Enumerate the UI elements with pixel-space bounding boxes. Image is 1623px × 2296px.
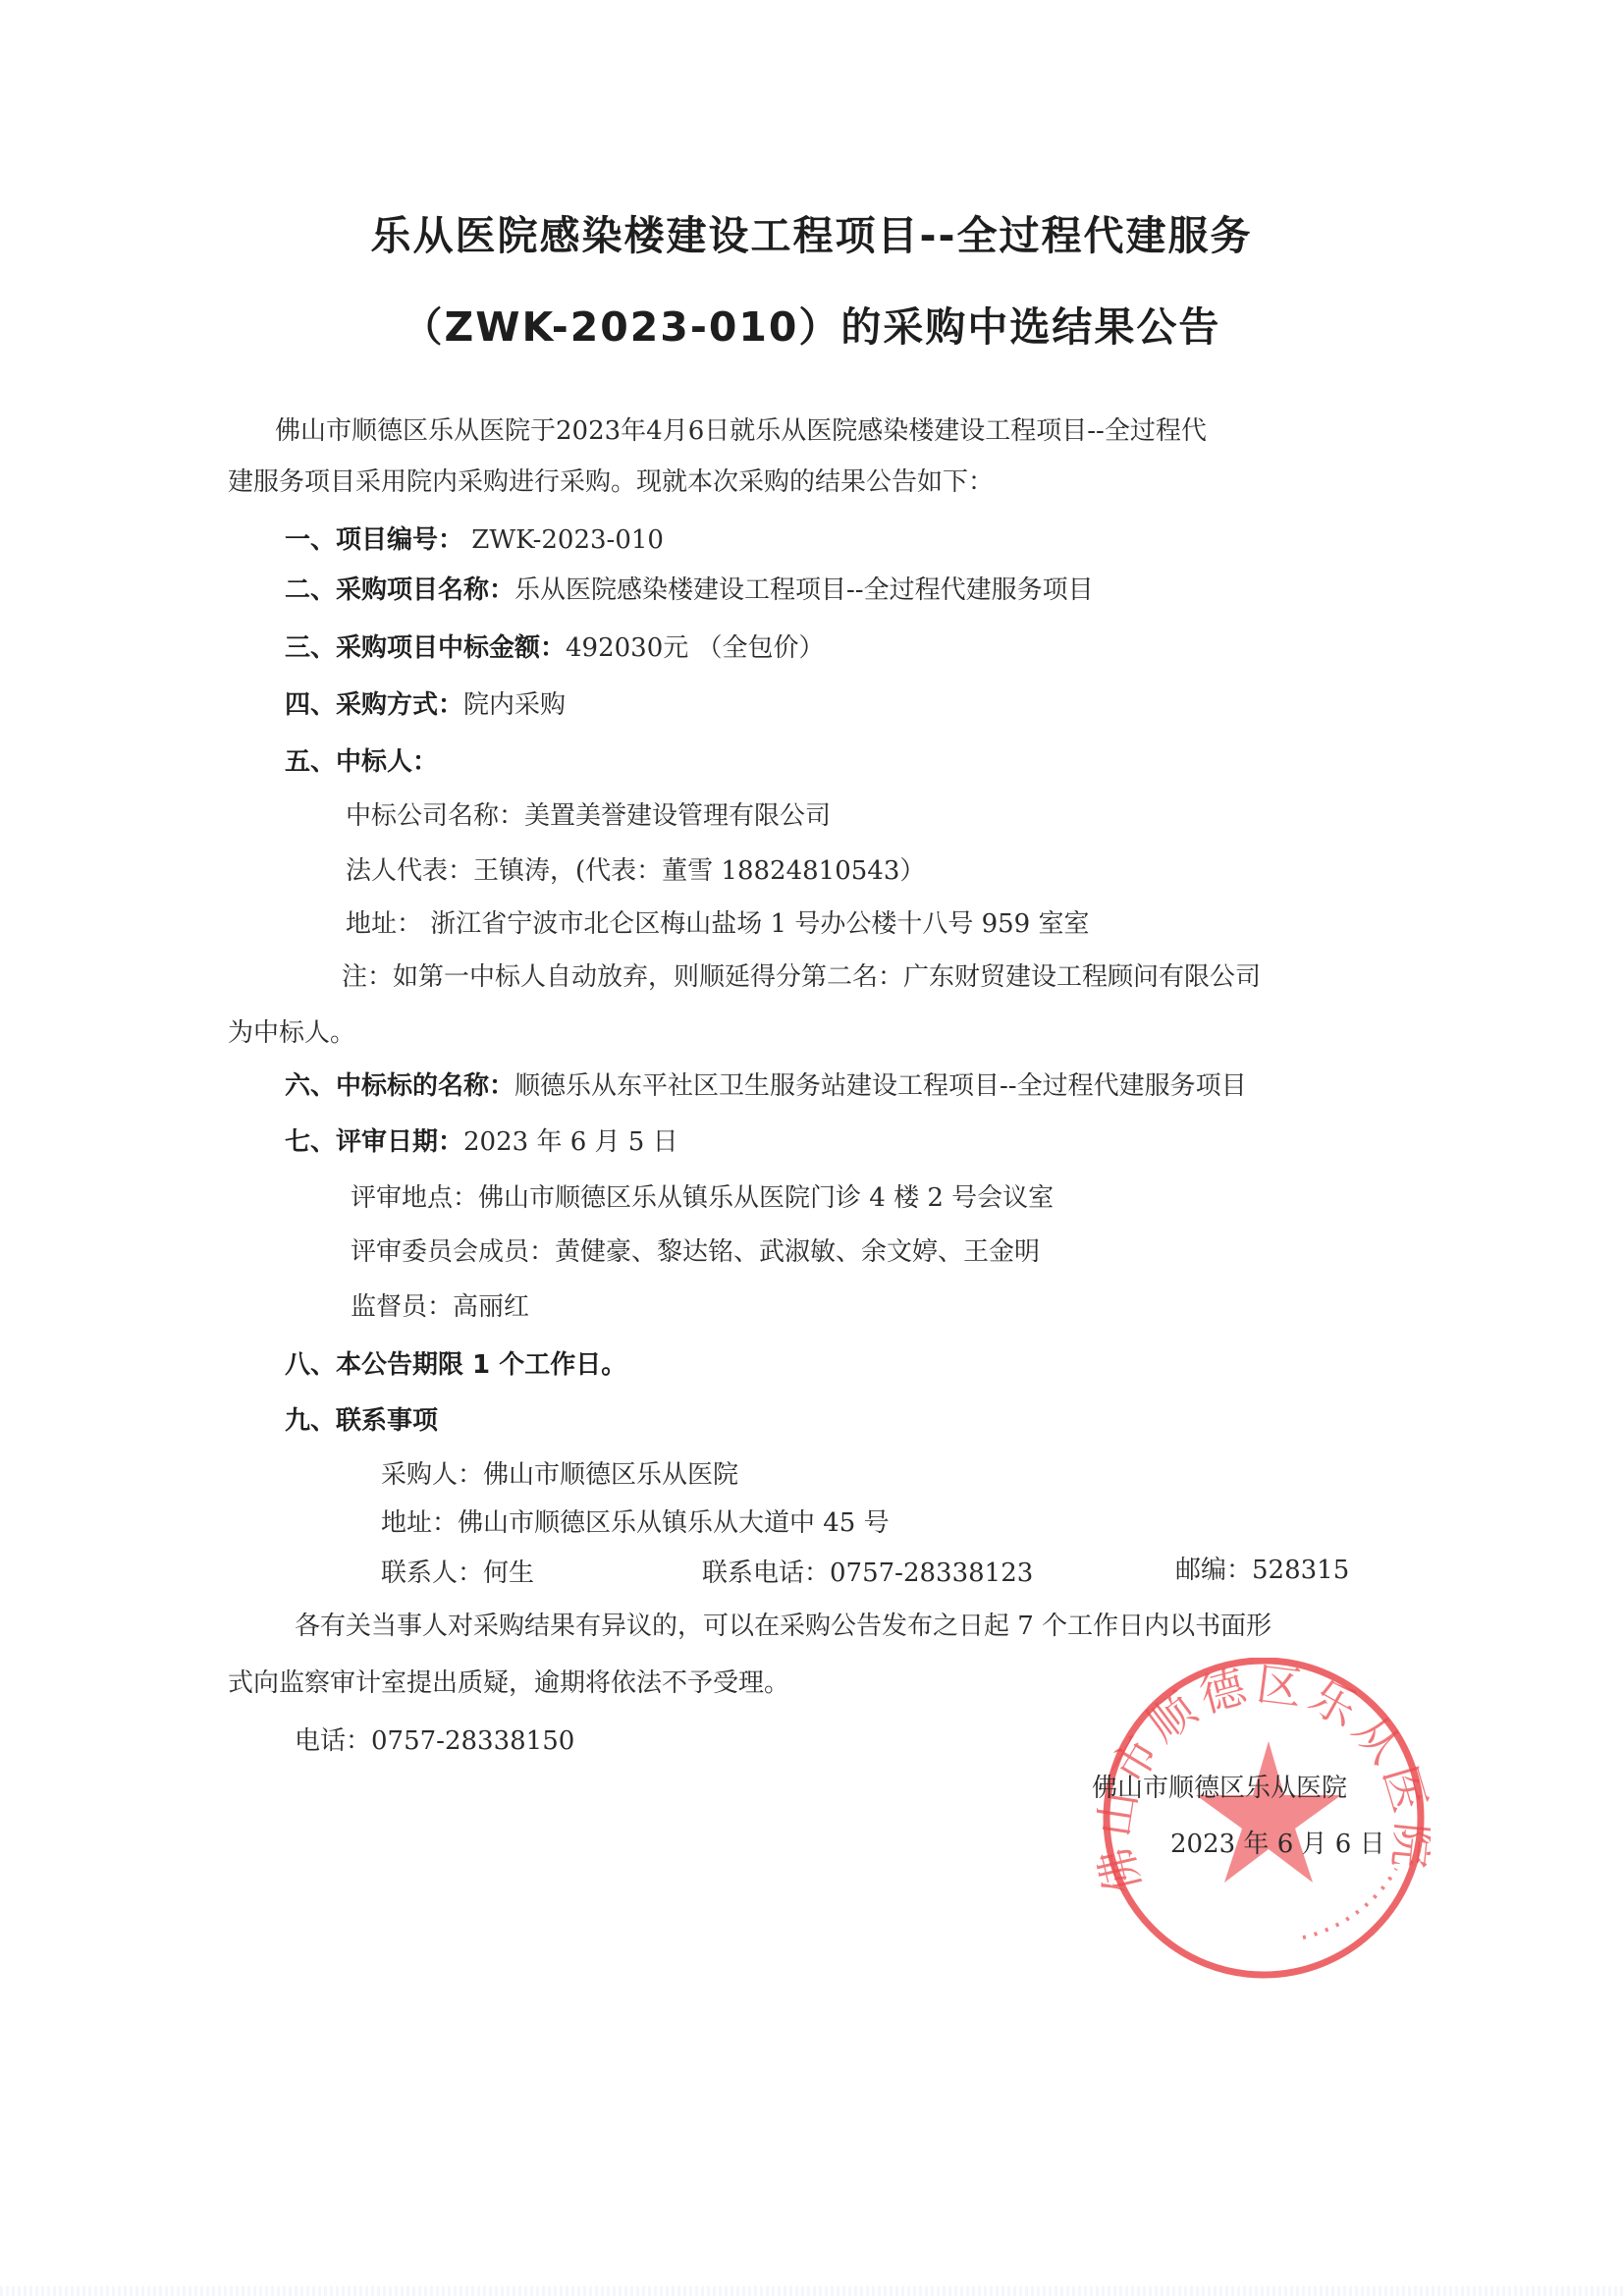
section-label: 二、采购项目名称： <box>285 575 514 605</box>
official-seal-stamp-icon: 佛山市顺德区乐从医院 <box>1097 1658 1431 1982</box>
section-project-number: 一、项目编号： ZWK-2023-010 <box>285 523 664 557</box>
intro-paragraph-line-2: 建服务项目采用院内采购进行采购。现就本次采购的结果公告如下： <box>228 465 994 499</box>
section-label: 六、中标标的名称： <box>285 1071 514 1101</box>
review-supervisor: 监督员：高丽红 <box>351 1290 529 1324</box>
bid-subject-value: 顺德乐从东平社区卫生服务站建设工程项目--全过程代建服务项目 <box>514 1071 1247 1101</box>
section-label: 七、评审日期： <box>285 1127 463 1157</box>
bid-amount-value: 492030元 （全包价） <box>566 633 825 663</box>
document-title-line-1: 乐从医院感染楼建设工程项目--全过程代建服务 <box>0 203 1623 261</box>
review-committee: 评审委员会成员：黄健豪、黎达铭、武淑敏、余文婷、王金明 <box>351 1235 1040 1269</box>
runner-up-note-line-2: 为中标人。 <box>228 1016 355 1050</box>
contact-person: 联系人：何生 <box>381 1557 534 1590</box>
section-label: 三、采购项目中标金额： <box>285 633 566 663</box>
legal-representative: 法人代表：王镇涛，(代表：董雪 18824810543） <box>346 854 925 888</box>
objection-phone: 电话：0757-28338150 <box>295 1724 574 1758</box>
signature-date: 2023 年 6 月 6 日 <box>1170 1824 1385 1860</box>
section-project-name: 二、采购项目名称：乐从医院感染楼建设工程项目--全过程代建服务项目 <box>285 574 1094 607</box>
section-procurement-method: 四、采购方式：院内采购 <box>285 688 566 722</box>
winning-company-name: 中标公司名称：美置美誉建设管理有限公司 <box>346 799 831 833</box>
document-page: 乐从医院感染楼建设工程项目--全过程代建服务 （ZWK-2023-010）的采购… <box>0 0 1623 2296</box>
review-location: 评审地点：佛山市顺德区乐从镇乐从医院门诊 4 楼 2 号会议室 <box>351 1181 1054 1215</box>
contact-purchaser: 采购人：佛山市顺德区乐从医院 <box>381 1458 738 1492</box>
scan-artifact-edge <box>0 2286 1623 2296</box>
objection-paragraph-line-2: 式向监察审计室提出质疑，逾期将依法不予受理。 <box>228 1667 789 1700</box>
section-label: 一、项目编号： <box>285 525 463 555</box>
section-bid-subject: 六、中标标的名称：顺德乐从东平社区卫生服务站建设工程项目--全过程代建服务项目 <box>285 1069 1247 1103</box>
procurement-method-value: 院内采购 <box>463 690 566 720</box>
project-name-value: 乐从医院感染楼建设工程项目--全过程代建服务项目 <box>514 575 1094 605</box>
winner-address: 地址： 浙江省宁波市北仑区梅山盐场 1 号办公楼十八号 959 室室 <box>346 907 1090 941</box>
section-label: 四、采购方式： <box>285 690 463 720</box>
section-review-date: 七、评审日期：2023 年 6 月 5 日 <box>285 1125 678 1159</box>
objection-paragraph-line-1: 各有关当事人对采购结果有异议的，可以在采购公告发布之日起 7 个工作日内以书面形 <box>295 1610 1271 1643</box>
section-winning-bidder: 五、中标人： <box>285 745 438 779</box>
review-date-value: 2023 年 6 月 5 日 <box>463 1127 678 1157</box>
section-notice-period: 八、本公告期限 1 个工作日。 <box>285 1348 626 1382</box>
runner-up-note-line-1: 注：如第一中标人自动放弃，则顺延得分第二名：广东财贸建设工程顾问有限公司 <box>342 960 1261 994</box>
section-bid-amount: 三、采购项目中标金额：492030元 （全包价） <box>285 631 825 665</box>
document-title-line-2: （ZWK-2023-010）的采购中选结果公告 <box>0 295 1623 353</box>
signature-organization: 佛山市顺德区乐从医院 <box>1092 1768 1347 1804</box>
contact-postcode: 邮编：528315 <box>1175 1554 1349 1587</box>
contact-address: 地址：佛山市顺德区乐从镇乐从大道中 45 号 <box>381 1506 890 1540</box>
section-contact: 九、联系事项 <box>285 1404 438 1438</box>
contact-phone: 联系电话：0757-28338123 <box>702 1557 1033 1590</box>
project-number-value: ZWK-2023-010 <box>463 525 664 555</box>
intro-paragraph-line-1: 佛山市顺德区乐从医院于2023年4月6日就乐从医院感染楼建设工程项目--全过程代 <box>275 414 1207 448</box>
